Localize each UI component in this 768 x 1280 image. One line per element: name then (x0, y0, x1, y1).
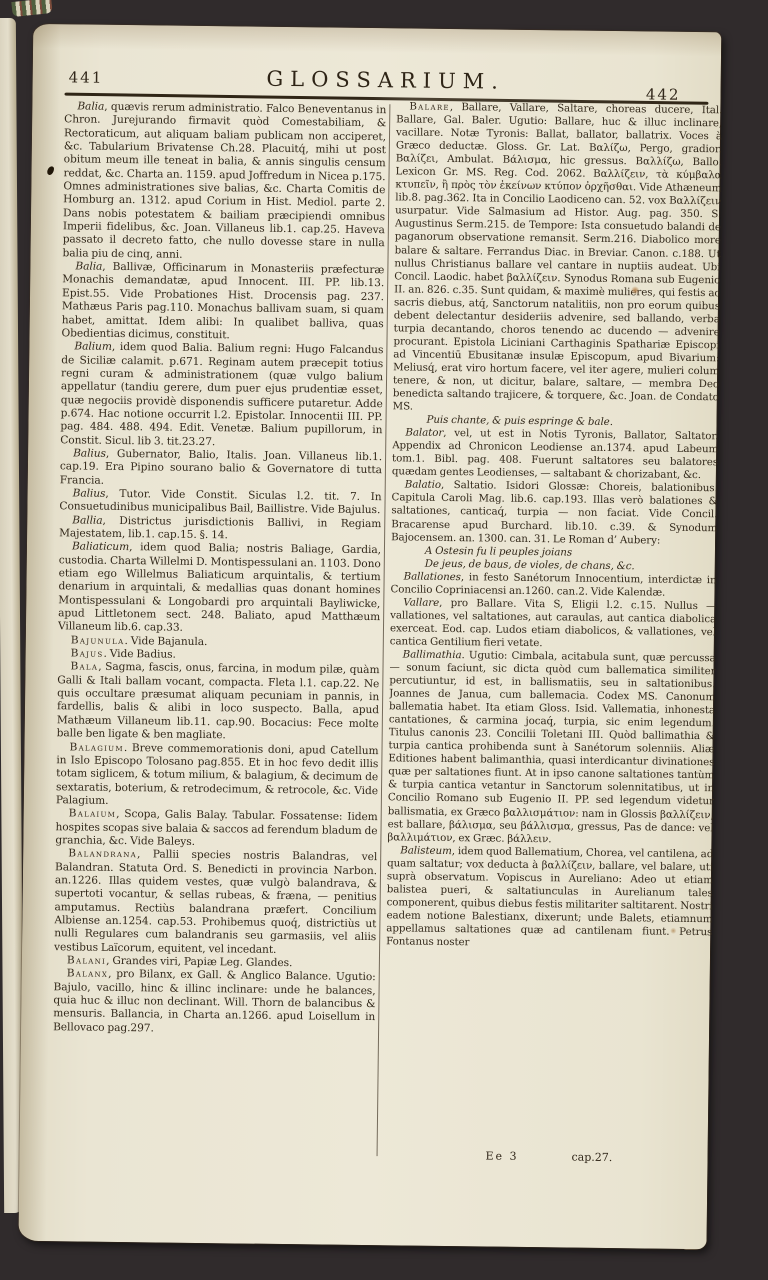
entry-paragraph: Balius, Tutor. Vide Constit. Siculas l.2… (59, 487, 381, 518)
entry-paragraph: Balius, Gubernator, Balio, Italis. Joan.… (60, 447, 382, 491)
entry-headword: Ballia (72, 514, 102, 526)
running-title: GLOSSARIUM. (67, 64, 705, 96)
entry-paragraph: Ballationes, in festo Sanétorum Innocent… (390, 570, 716, 600)
entry-headword: Balia (77, 100, 104, 112)
entry-paragraph: Balare, Ballare, Vallare, Saltare, chore… (393, 100, 723, 417)
entry-headword: Balius (73, 447, 106, 459)
entry-headword: Balani (67, 954, 106, 966)
entry-headword: Balisteum (400, 844, 452, 857)
entry-paragraph: Balisteum, idem quod Ballematium, Chorea… (386, 844, 713, 952)
entry-paragraph: Vallare, pro Ballare. Vita S, Eligii l.2… (390, 596, 717, 652)
entry-headword: Balanx (67, 968, 109, 981)
entry-headword: Baliaticum (72, 541, 129, 554)
entry-headword: Balandrana (68, 848, 137, 861)
entry-headword: Vallare (403, 596, 439, 608)
entry-paragraph: Ballimathia. Ugutio: Cimbala, acitabula … (387, 648, 715, 848)
entry-headword: Balator (405, 427, 443, 439)
entry-headword: Balius (73, 487, 106, 499)
entry-paragraph: Balator, vel, ut est in Notis Tyronis, B… (392, 426, 719, 482)
entry-paragraph: Balanx, pro Bilanx, ex Gall. & Anglico B… (53, 968, 376, 1039)
column-left: Balia, quævis rerum administratio. Falco… (51, 100, 386, 1192)
entry-headword: Balagium (69, 741, 124, 754)
entry-paragraph: Baliaticum, idem quod Balia; nostris Bal… (58, 541, 381, 638)
foxing-spot (670, 928, 676, 934)
entry-paragraph: Balatio, Saltatio. Isidori Glossæ: Chore… (391, 479, 718, 548)
entry-headword: Bala (70, 661, 98, 673)
entry-paragraph: Balagium. Breve commemorationis doni, ap… (56, 741, 379, 812)
entry-headword: Bajus (71, 647, 104, 659)
ink-blot (46, 165, 55, 175)
entry-headword: Balaium (69, 808, 117, 821)
book-page: 441 GLOSSARIUM. 442 Balia, quævis rerum … (18, 24, 721, 1249)
entry-paragraph: Balia, Ballivæ, Officinarum in Monasteri… (61, 260, 384, 344)
foxing-spot (631, 286, 639, 294)
entry-paragraph: Balaium, Scopa, Galis Balay. Tabular. Fo… (55, 807, 377, 851)
entry-paragraph: Ballia, Districtus jurisdictionis Balliv… (59, 514, 381, 545)
catchword: cap.27. (571, 1151, 612, 1164)
entry-headword: Ballationes (404, 570, 461, 583)
entry-headword: Ballimathia (403, 648, 462, 661)
entry-headword: Balium (74, 341, 112, 353)
binding-headband (11, 0, 52, 17)
entry-paragraph: Balandrana, Pallii species nostris Balan… (54, 847, 377, 958)
entry-paragraph: Balia, quævis rerum administratio. Falco… (62, 100, 386, 264)
entry-headword: Balatio (405, 479, 441, 491)
entry-headword: Balia (75, 261, 102, 273)
page-footer: Ee 3 cap.27. (383, 1148, 709, 1168)
foxing-spot (329, 358, 339, 368)
entry-headword: Balare (409, 100, 450, 112)
entry-headword: Bajunula (71, 634, 125, 647)
column-right: Balare, Ballare, Vallare, Saltare, chore… (384, 100, 723, 1146)
entry-paragraph: Bala, Sagma, fascis, onus, farcina, in m… (57, 661, 380, 745)
signature-mark: Ee 3 (485, 1150, 518, 1163)
